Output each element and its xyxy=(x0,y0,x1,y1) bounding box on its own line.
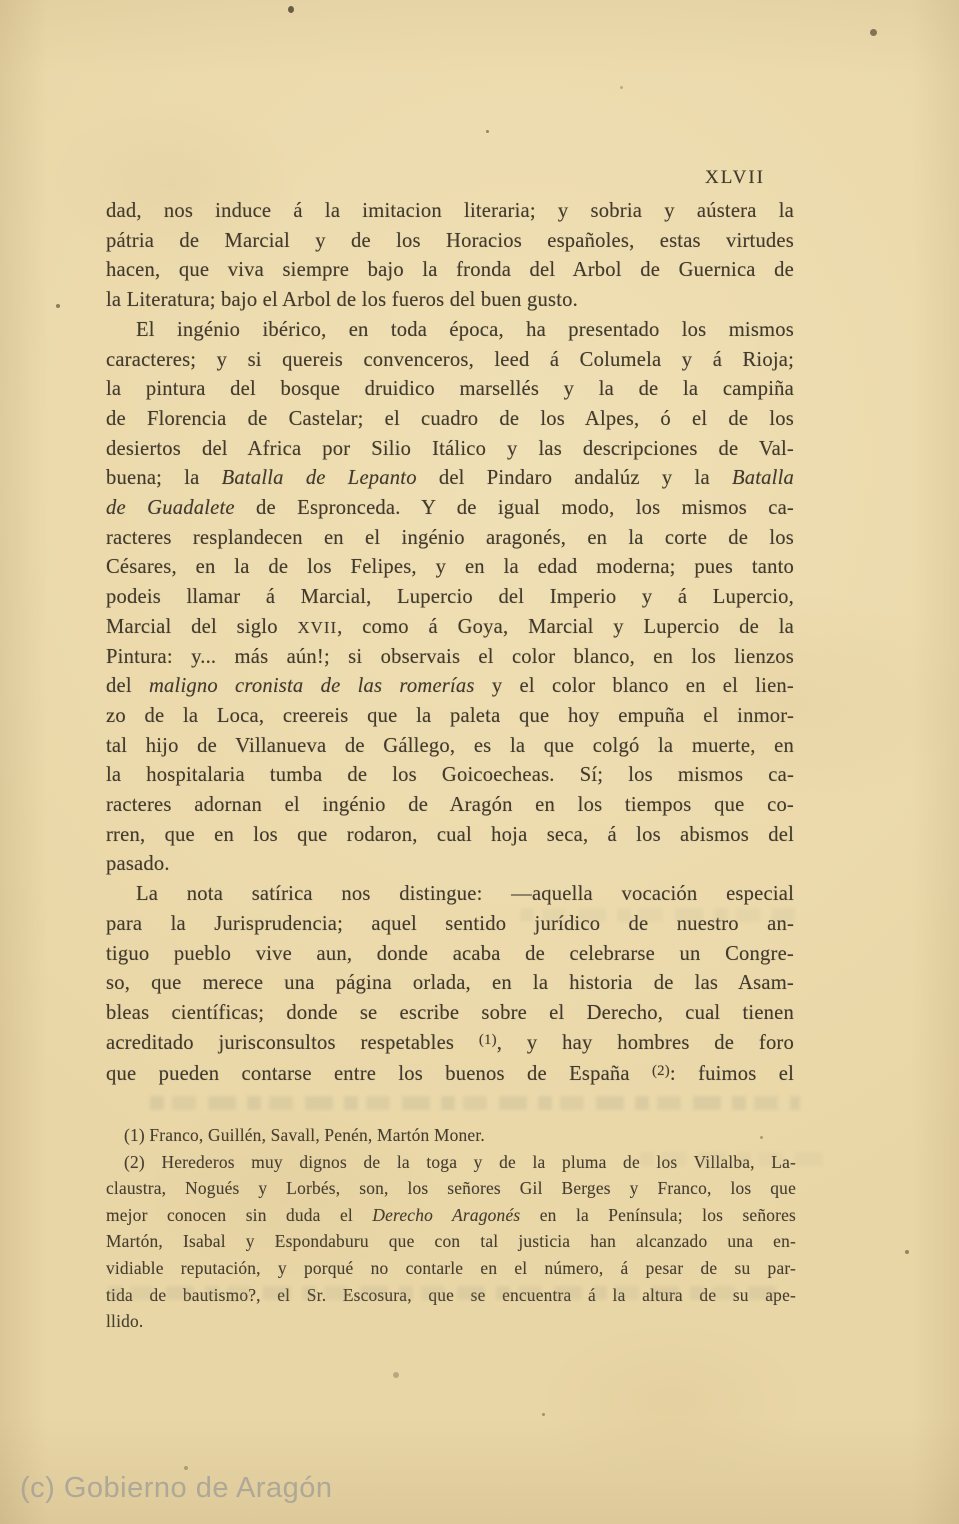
text-line: bleas científicas; donde se escribe sobr… xyxy=(106,999,794,1029)
text-segment: llido. xyxy=(106,1311,143,1331)
paragraph: La nota satírica nos distingue: —aquella… xyxy=(106,880,794,1092)
text-segment: hacen, que viva siempre bajo la fronda d… xyxy=(106,259,794,281)
text-line: tal hijo de Villanueva de Gállego, es la… xyxy=(106,732,794,762)
text-line: la Literatura; bajo el Arbol de los fuer… xyxy=(106,286,794,316)
text-line: de Florencia de Castelar; el cuadro de l… xyxy=(106,405,794,435)
text-segment: mejor conocen sin duda el xyxy=(106,1205,372,1225)
text-segment: tal hijo de Villanueva de Gállego, es la… xyxy=(106,735,794,757)
text-line: buena; la Batalla de Lepanto del Pindaro… xyxy=(106,464,794,494)
text-line: so, que merece una página orlada, en la … xyxy=(106,969,794,999)
text-segment: tiguo pueblo vive aun, donde acaba de ce… xyxy=(106,943,794,965)
text-line: la pintura del bosque druidico marsellés… xyxy=(106,375,794,405)
text-segment: Pintura: y... más aún!; si observais el … xyxy=(106,646,794,668)
footnote-ref: (1) xyxy=(479,1032,497,1048)
text-segment: de Florencia de Castelar; el cuadro de l… xyxy=(106,408,794,430)
text-segment: del xyxy=(106,675,149,697)
text-segment: vidiable reputación, y porqué no contarl… xyxy=(106,1258,796,1278)
text-segment: tida de bautismo?, el Sr. Escosura, que … xyxy=(106,1285,796,1305)
text-line: mejor conocen sin duda el Derecho Aragon… xyxy=(106,1202,796,1229)
text-line: hacen, que viva siempre bajo la fronda d… xyxy=(106,256,794,286)
text-line: tiguo pueblo vive aun, donde acaba de ce… xyxy=(106,940,794,970)
text-line: del maligno cronista de las romerías y e… xyxy=(106,672,794,702)
text-segment: y el color blanco en el lien- xyxy=(475,675,794,697)
text-segment: El ingénio ibérico, en toda época, ha pr… xyxy=(136,319,794,341)
paragraph: (2) Herederos muy dignos de la toga y de… xyxy=(106,1149,796,1335)
text-line: que pueden contarse entre los buenos de … xyxy=(106,1060,794,1092)
paper-speck xyxy=(486,130,489,133)
text-segment: buena; la xyxy=(106,467,222,489)
text-segment: para la Jurisprudencia; aquel sentido ju… xyxy=(106,913,794,935)
text-segment: en la Península; los señores xyxy=(520,1205,796,1225)
italic-text: maligno cronista de las romerías xyxy=(149,675,475,697)
paragraph: El ingénio ibérico, en toda época, ha pr… xyxy=(106,316,794,880)
text-segment: zo de la Loca, creereis que la paleta qu… xyxy=(106,705,794,727)
text-line: (2) Herederos muy dignos de la toga y de… xyxy=(106,1149,796,1176)
text-segment: claustra, Nogués y Lorbés, son, los seño… xyxy=(106,1178,796,1198)
text-segment: Marcial del siglo xyxy=(106,616,297,638)
text-segment: desiertos del Africa por Silio Itálico y… xyxy=(106,438,794,460)
text-segment: pátria de Marcial y de los Horacios espa… xyxy=(106,230,794,252)
text-segment: (1) Franco, Guillén, Savall, Penén, Mart… xyxy=(124,1125,485,1145)
text-line: dad, nos induce á la imitacion literaria… xyxy=(106,197,794,227)
italic-text: Batalla xyxy=(732,467,794,489)
paper-speck xyxy=(393,1372,399,1378)
copyright-watermark: (c) Gobierno de Aragón xyxy=(20,1472,332,1505)
text-segment: la pintura del bosque druidico marsellés… xyxy=(106,378,794,400)
text-segment: podeis llamar á Marcial, Lupercio del Im… xyxy=(106,586,794,608)
text-line: Pintura: y... más aún!; si observais el … xyxy=(106,643,794,673)
text-segment: xvii xyxy=(297,618,337,637)
text-line: caracteres; y si quereis convenceros, le… xyxy=(106,346,794,376)
italic-text: Derecho Aragonés xyxy=(372,1205,520,1225)
italic-text: Batalla de Lepanto xyxy=(222,467,417,489)
text-segment: (2) Herederos muy dignos de la toga y de… xyxy=(124,1152,796,1172)
text-segment: que pueden contarse entre los buenos de … xyxy=(106,1063,652,1085)
paper-speck xyxy=(542,1413,545,1416)
text-segment: de Espronceda. Y de igual modo, los mism… xyxy=(235,497,794,519)
text-line: La nota satírica nos distingue: —aquella… xyxy=(106,880,794,910)
body-text: dad, nos induce á la imitacion literaria… xyxy=(106,197,794,1092)
text-line: pasado. xyxy=(106,850,794,880)
text-segment: Martón, Isabal y Espondaburu que con tal… xyxy=(106,1231,796,1251)
paper-speck xyxy=(905,1250,909,1254)
text-line: El ingénio ibérico, en toda época, ha pr… xyxy=(106,316,794,346)
paragraph: dad, nos induce á la imitacion literaria… xyxy=(106,197,794,316)
footnotes: (1) Franco, Guillén, Savall, Penén, Mart… xyxy=(106,1122,796,1335)
text-segment: rren, que en los que rodaron, cual hoja … xyxy=(106,824,794,846)
bleed-through-band xyxy=(150,1096,800,1110)
text-line: (1) Franco, Guillén, Savall, Penén, Mart… xyxy=(106,1122,796,1149)
text-line: desiertos del Africa por Silio Itálico y… xyxy=(106,435,794,465)
text-segment: pasado. xyxy=(106,853,170,875)
text-line: podeis llamar á Marcial, Lupercio del Im… xyxy=(106,583,794,613)
italic-text: de Guadalete xyxy=(106,497,235,519)
text-line: pátria de Marcial y de los Horacios espa… xyxy=(106,227,794,257)
text-line: claustra, Nogués y Lorbés, son, los seño… xyxy=(106,1175,796,1202)
text-segment: la hospitalaria tumba de los Goicoecheas… xyxy=(106,764,794,786)
text-line: rren, que en los que rodaron, cual hoja … xyxy=(106,821,794,851)
text-line: racteres resplandecen en el ingénio arag… xyxy=(106,524,794,554)
text-segment: , y hay hombres de foro xyxy=(497,1032,794,1054)
text-segment: : fuimos el xyxy=(670,1063,794,1085)
text-line: zo de la Loca, creereis que la paleta qu… xyxy=(106,702,794,732)
text-line: de Guadalete de Espronceda. Y de igual m… xyxy=(106,494,794,524)
page-number: XLVII xyxy=(700,167,770,189)
text-line: la hospitalaria tumba de los Goicoecheas… xyxy=(106,761,794,791)
text-segment: , como á Goya, Marcial y Lupercio de la xyxy=(337,616,794,638)
text-segment: La nota satírica nos distingue: —aquella… xyxy=(136,883,794,905)
paper-speck xyxy=(56,304,60,308)
text-segment: bleas científicas; donde se escribe sobr… xyxy=(106,1002,794,1024)
text-line: Martón, Isabal y Espondaburu que con tal… xyxy=(106,1228,796,1255)
text-segment: so, que merece una página orlada, en la … xyxy=(106,972,794,994)
paper-speck xyxy=(288,6,294,13)
text-segment: acreditado jurisconsultos respetables xyxy=(106,1032,479,1054)
paper-speck xyxy=(184,1466,188,1470)
text-line: tida de bautismo?, el Sr. Escosura, que … xyxy=(106,1282,796,1309)
text-segment: racteres resplandecen en el ingénio arag… xyxy=(106,527,794,549)
text-line: vidiable reputación, y porqué no contarl… xyxy=(106,1255,796,1282)
text-segment: del Pindaro andalúz y la xyxy=(417,467,732,489)
text-line: racteres adornan el ingénio de Aragón en… xyxy=(106,791,794,821)
scanned-page: XLVII dad, nos induce á la imitacion lit… xyxy=(0,0,959,1524)
text-line: Césares, en la de los Felipes, y en la e… xyxy=(106,553,794,583)
paper-speck xyxy=(620,86,623,89)
text-line: Marcial del siglo xvii, como á Goya, Mar… xyxy=(106,613,794,643)
text-line: acreditado jurisconsultos respetables (1… xyxy=(106,1029,794,1061)
paper-speck xyxy=(870,29,877,36)
text-segment: racteres adornan el ingénio de Aragón en… xyxy=(106,794,794,816)
text-segment: Césares, en la de los Felipes, y en la e… xyxy=(106,556,794,578)
text-line: llido. xyxy=(106,1308,796,1335)
text-segment: caracteres; y si quereis convenceros, le… xyxy=(106,349,794,371)
text-segment: la Literatura; bajo el Arbol de los fuer… xyxy=(106,289,578,311)
text-segment: dad, nos induce á la imitacion literaria… xyxy=(106,200,794,222)
footnote-ref: (2) xyxy=(652,1063,670,1079)
text-line: para la Jurisprudencia; aquel sentido ju… xyxy=(106,910,794,940)
paragraph: (1) Franco, Guillén, Savall, Penén, Mart… xyxy=(106,1122,796,1149)
